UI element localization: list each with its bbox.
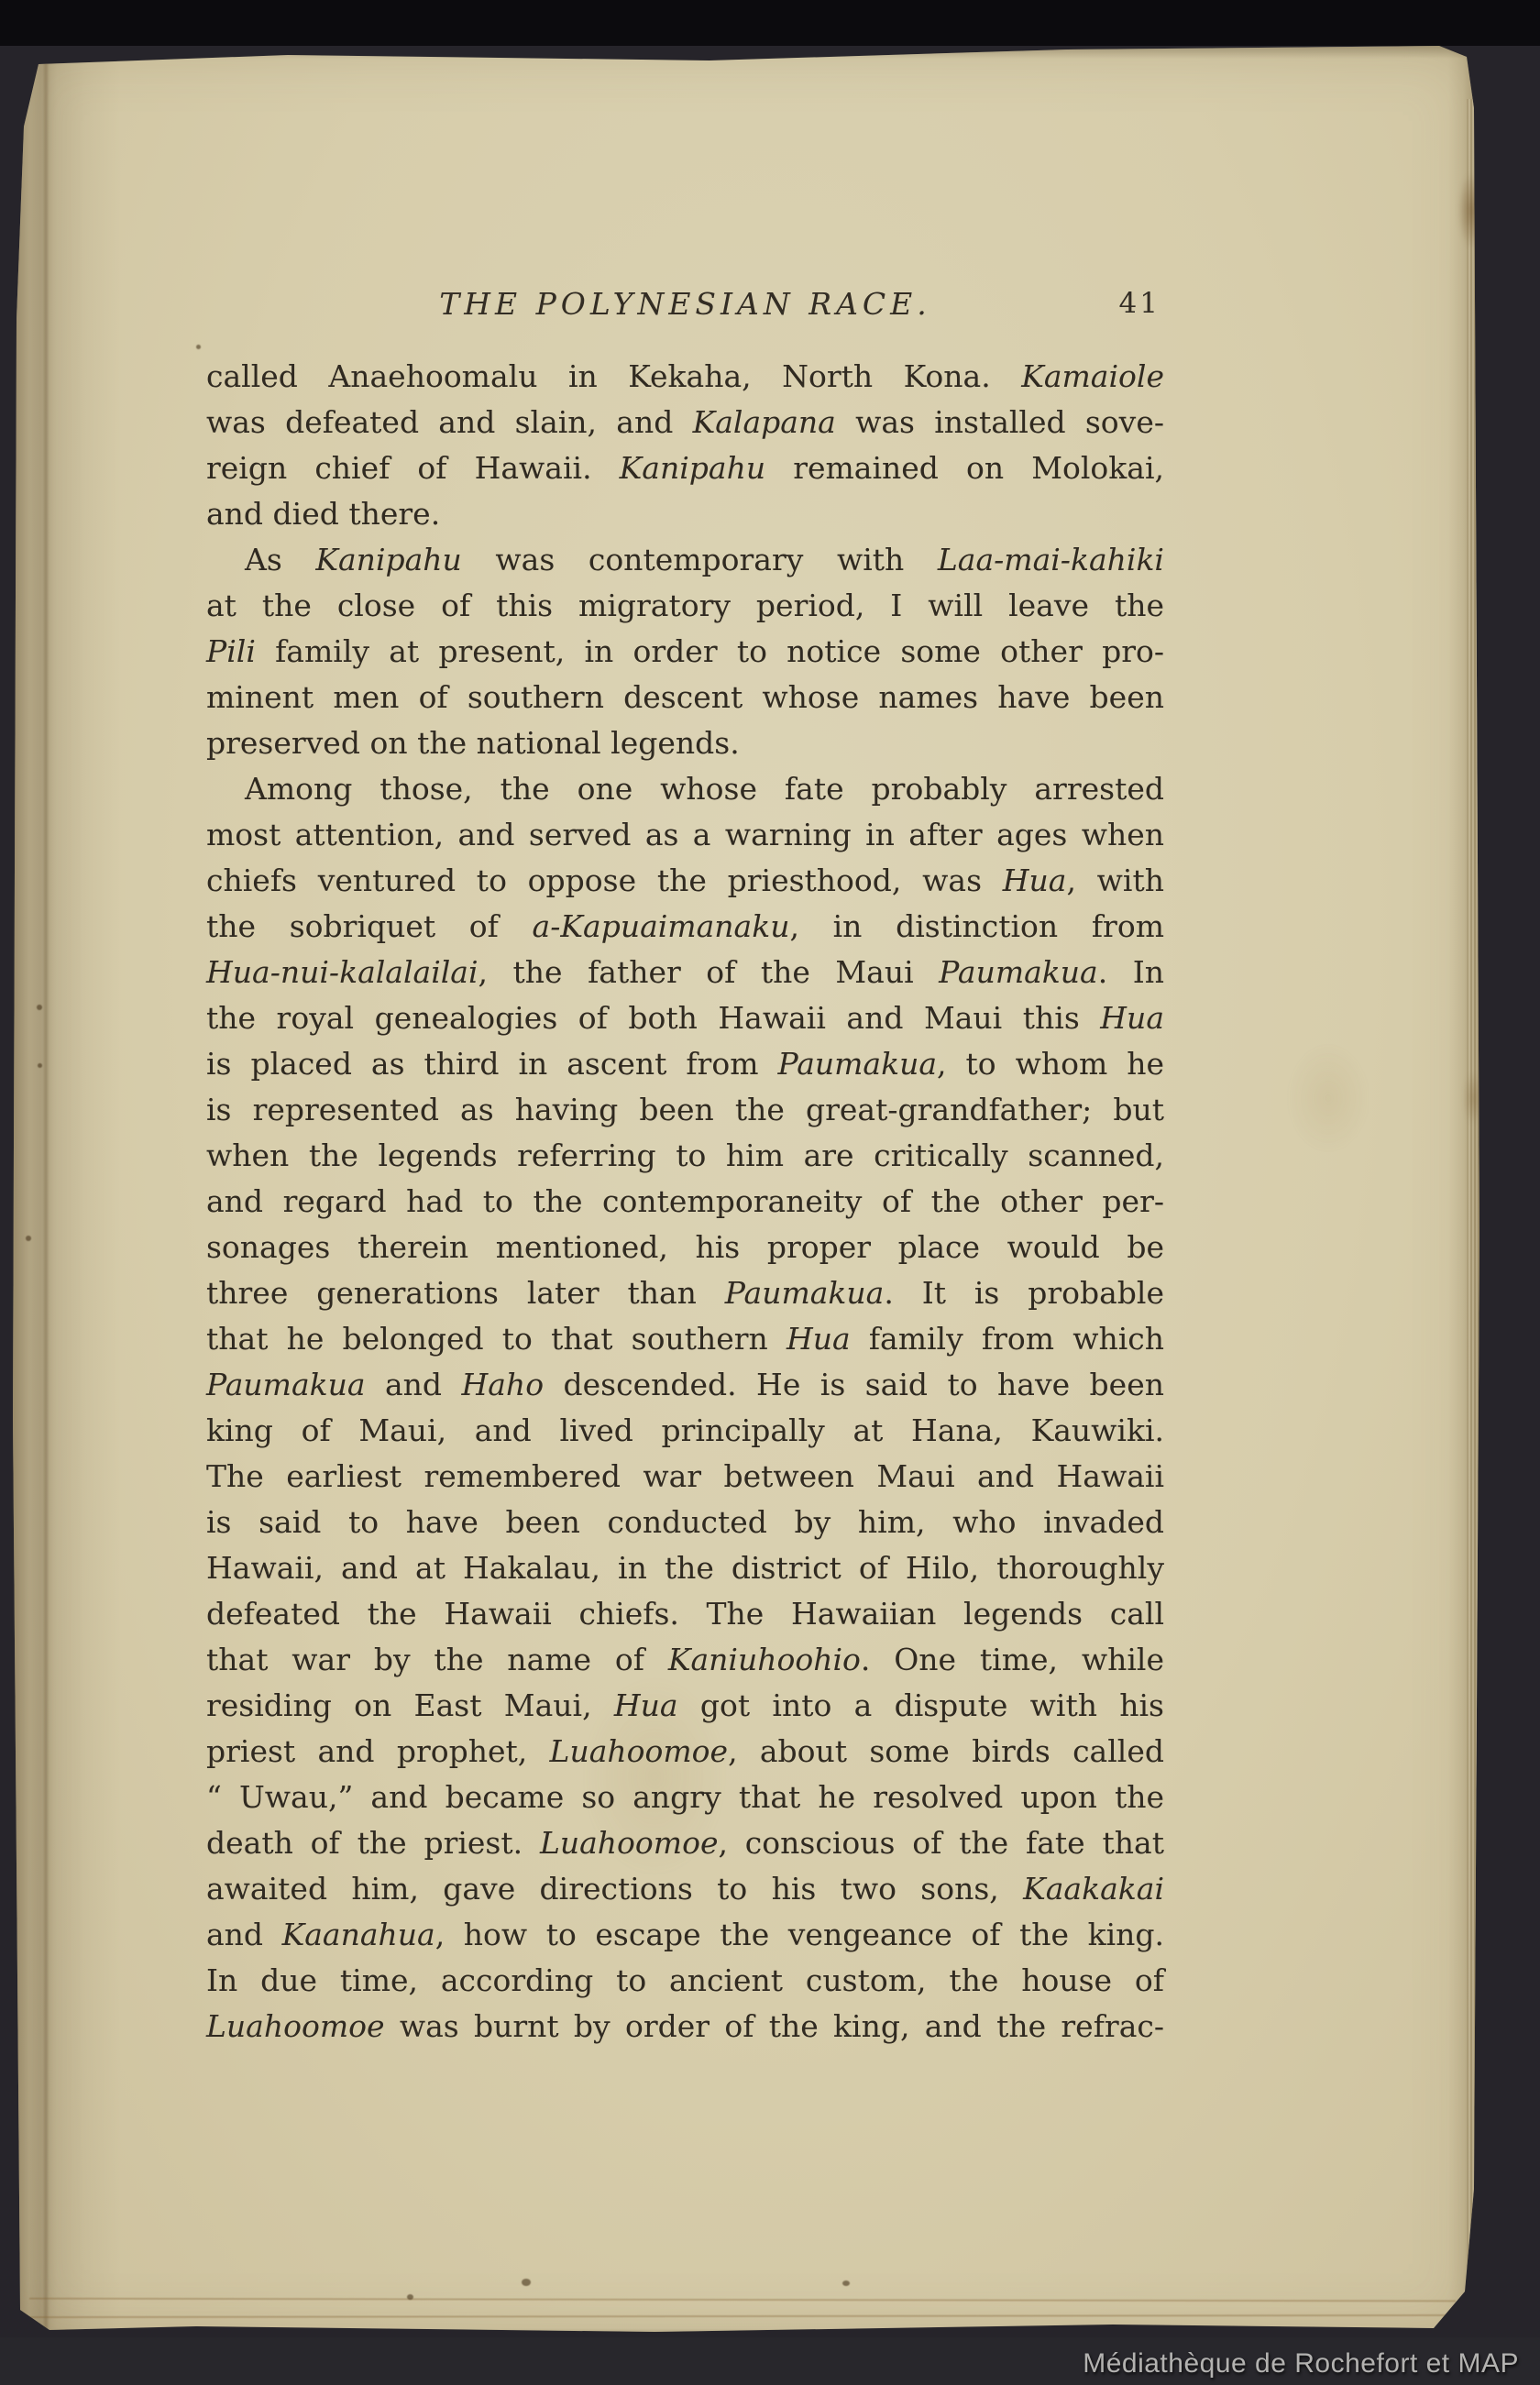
text-run: minent men of southern descent whose nam… xyxy=(206,679,1164,715)
text-run: king of Maui, and lived principally at H… xyxy=(206,1412,1164,1448)
text-run: preserved on the national legends. xyxy=(206,725,740,761)
italic-text-run: Paumakua xyxy=(939,954,1098,990)
text-line: As Kanipahu was contemporary with Laa-ma… xyxy=(206,537,1164,583)
text-run: the sobriquet of xyxy=(206,908,533,944)
text-run: and xyxy=(206,1917,282,1952)
text-line: Paumakua and Haho descended. He is said … xyxy=(206,1362,1164,1408)
italic-text-run: Hua xyxy=(786,1321,851,1357)
text-run: remained on Molokai, xyxy=(765,450,1164,486)
book-page: THE POLYNESIAN RACE. 41 called Anaehooma… xyxy=(13,44,1479,2341)
text-line: that he belonged to that southern Hua fa… xyxy=(206,1316,1164,1362)
text-run: was installed sove- xyxy=(836,404,1164,440)
running-title: THE POLYNESIAN RACE. xyxy=(206,286,1164,322)
text-run: awaited him, gave directions to his two … xyxy=(206,1871,1023,1907)
text-run: As xyxy=(245,542,315,577)
text-line: king of Maui, and lived principally at H… xyxy=(206,1408,1164,1454)
text-line: at the close of this migratory period, I… xyxy=(206,583,1164,629)
text-run: is placed as third in ascent from xyxy=(206,1046,777,1082)
italic-text-run: Kaniuhoohio xyxy=(668,1642,861,1677)
text-run: . One time, while xyxy=(861,1642,1164,1677)
text-run: and xyxy=(366,1367,462,1402)
text-run: the royal genealogies of both Hawaii and… xyxy=(206,1000,1100,1036)
text-line: minent men of southern descent whose nam… xyxy=(206,675,1164,720)
text-line: most attention, and served as a warning … xyxy=(206,812,1164,858)
page-number: 41 xyxy=(1119,287,1160,320)
italic-text-run: Luahoomoe xyxy=(540,1825,719,1861)
text-run: death of the priest. xyxy=(206,1825,540,1861)
text-line: three generations later than Paumakua. I… xyxy=(206,1270,1164,1316)
italic-text-run: Hua xyxy=(614,1687,678,1723)
italic-text-run: Kaanahua xyxy=(282,1917,435,1952)
page-speck xyxy=(842,2281,850,2286)
italic-text-run: Hua xyxy=(1003,863,1067,898)
text-line: defeated the Hawaii chiefs. The Hawaiian… xyxy=(206,1591,1164,1637)
italic-text-run: Hua-nui-kalalailai xyxy=(206,954,478,990)
page-speck xyxy=(407,2294,413,2300)
italic-text-run: Kanipahu xyxy=(315,542,461,577)
text-run: defeated the Hawaii chiefs. The Hawaiian… xyxy=(206,1596,1164,1632)
italic-text-run: Luahoomoe xyxy=(206,2008,385,2044)
text-line: In due time, according to ancient custom… xyxy=(206,1958,1164,2004)
page-speck xyxy=(38,1063,42,1068)
page-speck xyxy=(196,345,201,349)
text-line: and regard had to the contemporaneity of… xyxy=(206,1179,1164,1225)
text-run: and died there. xyxy=(206,496,440,532)
text-run: , the father of the Maui xyxy=(478,954,940,990)
text-run: “ Uwau,” and became so angry that he res… xyxy=(206,1779,1164,1815)
text-run: called Anaehoomalu in Kekaha, North Kona… xyxy=(206,358,1021,394)
text-run: priest and prophet, xyxy=(206,1733,550,1769)
page-binding-crease xyxy=(44,44,48,2341)
text-run: , about some birds called xyxy=(728,1733,1164,1769)
italic-text-run: Kalapana xyxy=(693,404,836,440)
text-run: that he belonged to that southern xyxy=(206,1321,786,1357)
text-run: family from which xyxy=(851,1321,1164,1357)
text-line: the sobriquet of a-Kapuaimanaku, in dist… xyxy=(206,904,1164,950)
text-run: In due time, according to ancient custom… xyxy=(206,1962,1164,1998)
text-line: residing on East Maui, Hua got into a di… xyxy=(206,1683,1164,1729)
text-line: the royal genealogies of both Hawaii and… xyxy=(206,995,1164,1041)
italic-text-run: Hua xyxy=(1100,1000,1164,1036)
text-line: Hua-nui-kalalailai, the father of the Ma… xyxy=(206,950,1164,995)
text-line: was defeated and slain, and Kalapana was… xyxy=(206,400,1164,445)
italic-text-run: Kamaiole xyxy=(1021,358,1164,394)
text-line: and died there. xyxy=(206,491,1164,537)
text-line: preserved on the national legends. xyxy=(206,720,1164,766)
page-speck xyxy=(37,1005,42,1010)
text-run: sonages therein mentioned, his proper pl… xyxy=(206,1229,1164,1265)
text-line: is placed as third in ascent from Paumak… xyxy=(206,1041,1164,1087)
text-line: reign chief of Hawaii. Kanipahu remained… xyxy=(206,445,1164,491)
text-run: was contemporary with xyxy=(462,542,938,577)
italic-text-run: Kanipahu xyxy=(620,450,765,486)
text-run: reign chief of Hawaii. xyxy=(206,450,620,486)
text-run: . In xyxy=(1098,954,1164,990)
text-line: sonages therein mentioned, his proper pl… xyxy=(206,1225,1164,1270)
text-run: , with xyxy=(1066,863,1164,898)
text-run: family at present, in order to notice so… xyxy=(256,633,1164,669)
italic-text-run: a-Kapuaimanaku xyxy=(533,908,790,944)
text-line: called Anaehoomalu in Kekaha, North Kona… xyxy=(206,354,1164,400)
text-run: most attention, and served as a warning … xyxy=(206,817,1164,852)
text-line: and Kaanahua, how to escape the vengeanc… xyxy=(206,1912,1164,1958)
text-run: , how to escape the vengeance of the kin… xyxy=(435,1917,1164,1952)
text-line: awaited him, gave directions to his two … xyxy=(206,1866,1164,1912)
page-header: THE POLYNESIAN RACE. 41 xyxy=(206,286,1164,332)
text-run: when the legends referring to him are cr… xyxy=(206,1138,1164,1173)
text-line: “ Uwau,” and became so angry that he res… xyxy=(206,1775,1164,1820)
italic-text-run: Paumakua xyxy=(206,1367,366,1402)
text-run: , in distinction from xyxy=(789,908,1164,944)
page-gutter-shadow xyxy=(13,44,123,2341)
text-line: is said to have been conducted by him, w… xyxy=(206,1500,1164,1545)
text-run: that war by the name of xyxy=(206,1642,668,1677)
text-line: Luahoomoe was burnt by order of the king… xyxy=(206,2004,1164,2050)
text-line: chiefs ventured to oppose the priesthood… xyxy=(206,858,1164,904)
italic-text-run: Paumakua xyxy=(725,1275,885,1311)
text-run: The earliest remembered war between Maui… xyxy=(206,1458,1164,1494)
under-page-edge-line xyxy=(18,2314,1461,2318)
italic-text-run: Pili xyxy=(206,633,256,669)
text-line: Hawaii, and at Hakalau, in the district … xyxy=(206,1545,1164,1591)
italic-text-run: Paumakua xyxy=(777,1046,937,1082)
text-line: The earliest remembered war between Maui… xyxy=(206,1454,1164,1500)
scan-background: { "header": { "title": "THE POLYNESIAN R… xyxy=(0,0,1540,2385)
text-run: was burnt by order of the king, and the … xyxy=(385,2008,1164,2044)
text-run: Hawaii, and at Hakalau, in the district … xyxy=(206,1550,1164,1586)
text-line: Pili family at present, in order to noti… xyxy=(206,629,1164,675)
text-run: . It is probable xyxy=(884,1275,1164,1311)
text-run: got into a dispute with his xyxy=(678,1687,1164,1723)
watermark-text: Médiathèque de Rochefort et MAP xyxy=(1083,2348,1519,2380)
text-line: priest and prophet, Luahoomoe, about som… xyxy=(206,1729,1164,1775)
text-line: death of the priest. Luahoomoe, consciou… xyxy=(206,1820,1164,1866)
page-stain xyxy=(1287,1043,1369,1153)
text-line: Among those, the one whose fate probably… xyxy=(206,766,1164,812)
italic-text-run: Laa-mai-kahiki xyxy=(938,542,1164,577)
text-run: was defeated and slain, and xyxy=(206,404,693,440)
italic-text-run: Luahoomoe xyxy=(550,1733,729,1769)
text-run: Among those, the one whose fate probably… xyxy=(245,771,1164,807)
page-speck xyxy=(26,1236,31,1241)
text-run: three generations later than xyxy=(206,1275,725,1311)
text-line: that war by the name of Kaniuhoohio. One… xyxy=(206,1637,1164,1683)
text-line: when the legends referring to him are cr… xyxy=(206,1133,1164,1179)
text-run: is said to have been conducted by him, w… xyxy=(206,1504,1164,1540)
italic-text-run: Haho xyxy=(461,1367,544,1402)
page-right-edge-leaves xyxy=(1467,99,1479,2304)
page-body: called Anaehoomalu in Kekaha, North Kona… xyxy=(206,354,1164,2050)
text-run: , to whom he xyxy=(937,1046,1164,1082)
text-run: , conscious of the fate that xyxy=(718,1825,1164,1861)
page-top-edge-shadow xyxy=(13,44,1479,59)
text-run: descended. He is said to have been xyxy=(544,1367,1164,1402)
page-speck xyxy=(522,2279,531,2286)
text-run: at the close of this migratory period, I… xyxy=(206,588,1164,623)
text-run: is represented as having been the great-… xyxy=(206,1092,1164,1127)
under-page-edge-line xyxy=(29,2298,1456,2303)
scan-top-strip xyxy=(0,0,1540,46)
text-run: residing on East Maui, xyxy=(206,1687,614,1723)
text-run: and regard had to the contemporaneity of… xyxy=(206,1183,1164,1219)
italic-text-run: Kaakakai xyxy=(1023,1871,1164,1907)
text-run: chiefs ventured to oppose the priesthood… xyxy=(206,863,1003,898)
text-line: is represented as having been the great-… xyxy=(206,1087,1164,1133)
